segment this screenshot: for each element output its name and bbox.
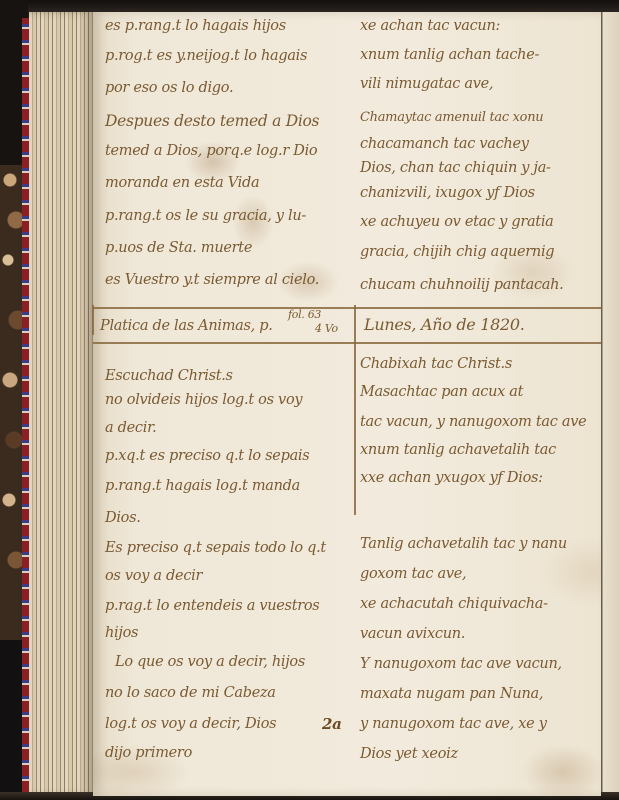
folio-note: fol. 63 [288,308,321,321]
text-line: vacun avixcun. [360,626,465,642]
text-line: a decir. [105,420,156,436]
next-page-edge [601,12,619,796]
text-line: tac vacun, y nanugoxom tac ave [360,414,586,430]
text-line: Dios, chan tac chiquin y ja- [360,160,551,176]
heading-suffix: 4 Vo [315,322,338,335]
text-line: Y nanugoxom tac ave vacun, [360,656,562,672]
text-line: p.xq.t es preciso q.t lo sepais [105,448,309,464]
text-line: no olvideis hijos log.t os voy [105,392,302,408]
section-heading-left: Platica de las Animas, p. [100,318,273,334]
text-line: xe achan tac vacun: [360,18,500,34]
text-line: es Vuestro y.t siempre al cielo. [105,272,319,288]
text-line: Lo que os voy a decir, hijos [115,654,305,670]
text-line: moranda en esta Vida [105,175,259,191]
text-line: temed a Dios, porq.e log.r Dio [105,143,317,159]
book-top-edge [0,0,619,12]
text-line: no lo saco de mi Cabeza [105,685,276,701]
text-line: chacamanch tac vachey [360,136,529,152]
text-line: p.rag.t lo entendeis a vuestros [105,598,319,614]
margin-mark: 2a [322,715,342,733]
text-line: Chabixah tac Christ.s [360,356,512,372]
header-bottom-rule [93,342,601,344]
header-top-rule [93,307,601,309]
text-line: os voy a decir [105,568,202,584]
text-line: p.rog.t es y.neijog.t lo hagais [105,48,307,64]
text-line: chucam chuhnoilij pantacah. [360,277,564,293]
text-line: p.uos de Sta. muerte [105,240,252,256]
text-line: Dios yet xeoiz [360,746,458,762]
page-stack-edges [29,12,93,796]
column-divider-rule [354,305,356,515]
text-line: log.t os voy a decir, Dios [105,716,276,732]
text-line: Dios. [105,510,141,526]
text-line: Chamaytac amenuil tac xonu [360,110,543,125]
text-line: Es preciso q.t sepais todo lo q.t [105,540,326,556]
text-line: chanizvili, ixugox yf Dios [360,185,535,201]
text-line: Escuchad Christ.s [105,368,233,384]
text-line: xnum tanlig achavetalih tac [360,442,556,458]
text-line: Tanlig achavetalih tac y nanu [360,536,567,552]
text-line: por eso os lo digo. [105,80,233,96]
text-line: xnum tanlig achan tache- [360,47,539,63]
book-headband [22,18,29,800]
text-line: p.rang.t os le su gracia, y lu- [105,208,306,224]
text-line: xxe achan yxugox yf Dios: [360,470,543,486]
text-line: dijo primero [105,745,192,761]
text-line: Masachtac pan acux at [360,384,523,400]
section-heading-date: Lunes, Año de 1820. [364,315,525,334]
text-line: es p.rang.t lo hagais hijos [105,18,286,34]
text-line: p.rang.t hagais log.t manda [105,478,300,494]
text-line: xe achacutah chiquivacha- [360,596,548,612]
text-line: y nanugoxom tac ave, xe y [360,716,547,732]
text-line: maxata nugam pan Nuna, [360,686,543,702]
text-line: hijos [105,625,138,641]
text-line: Despues desto temed a Dios [105,112,319,130]
left-margin-rule [92,305,94,335]
text-line: goxom tac ave, [360,566,466,582]
text-line: xe achuyeu ov etac y gratia [360,214,554,230]
text-line: gracia, chijih chig aquernig [360,244,554,260]
text-line: vili nimugatac ave, [360,76,493,92]
